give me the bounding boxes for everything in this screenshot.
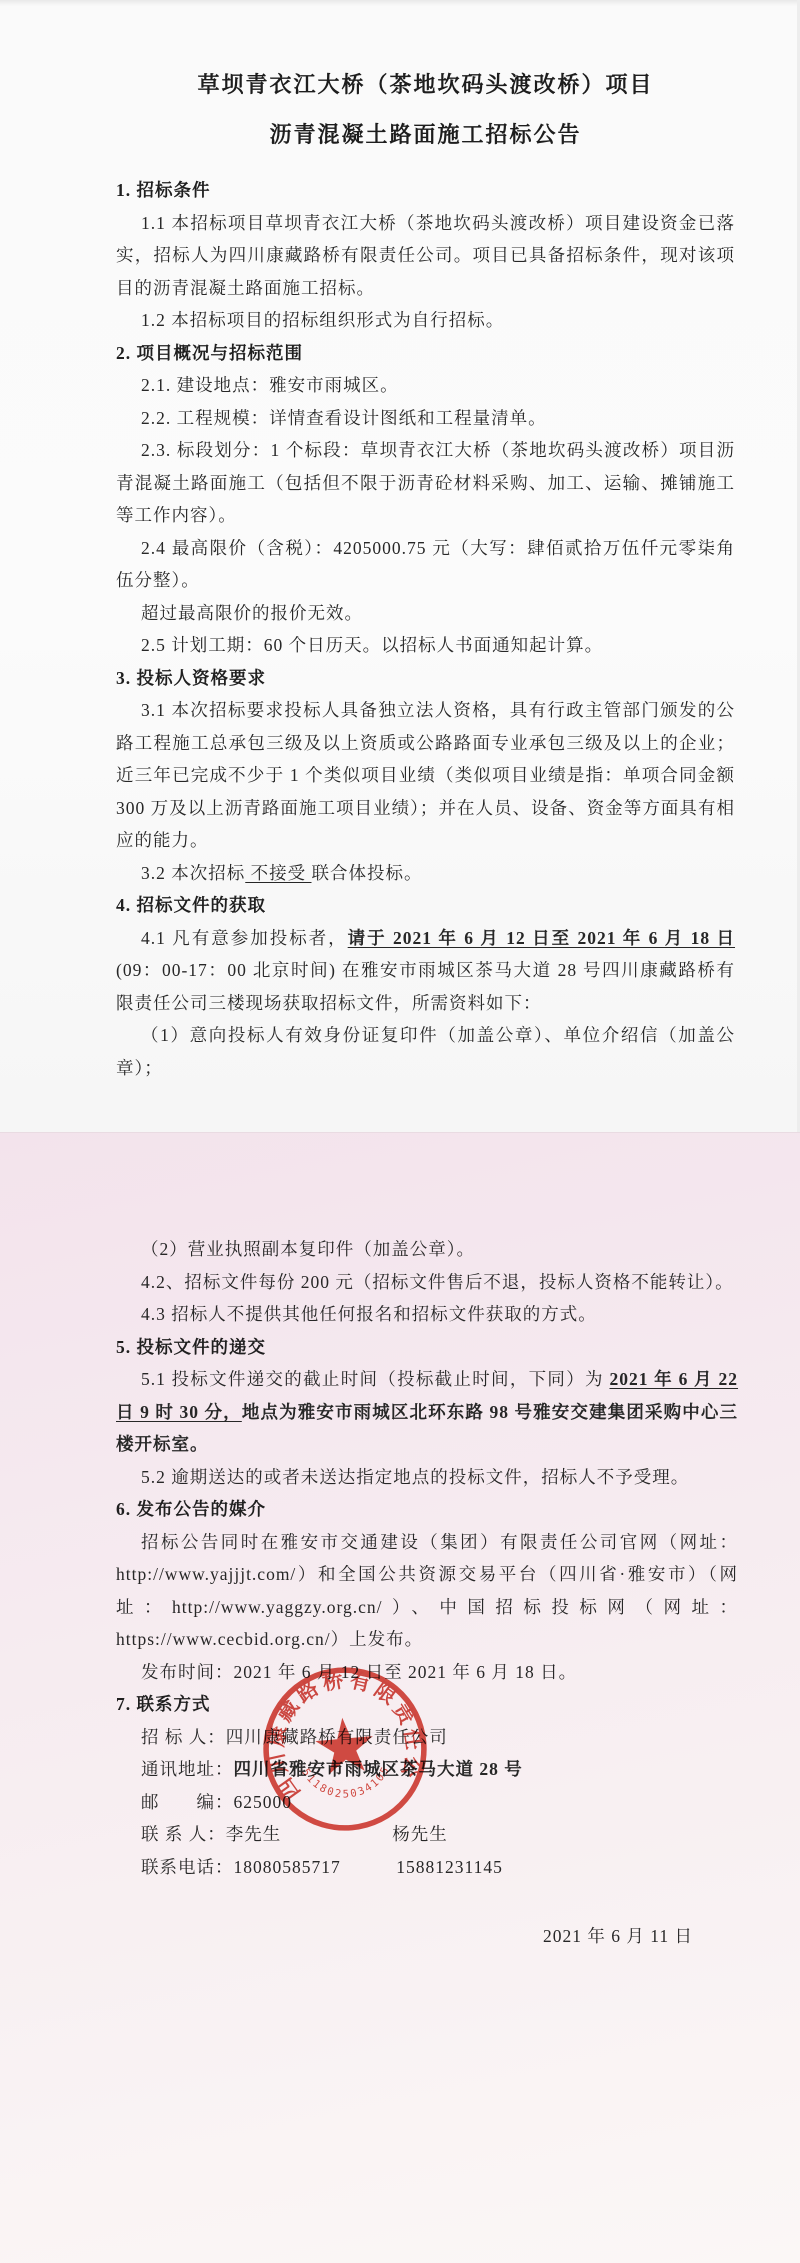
- text-segment: 3.1 本次招标要求投标人具备独立法人资格，具有行政主管部门颁发的公路工程施工总…: [116, 700, 735, 850]
- text-segment: 2.2. 工程规模：详情查看设计图纸和工程量清单。: [141, 408, 547, 428]
- text-segment: 不接受: [245, 863, 311, 883]
- text-segment: 1.1 本招标项目草坝青衣江大桥（茶地坎码头渡改桥）项目建设资金已落实，招标人为…: [116, 213, 735, 298]
- document-date: 2021 年 6 月 11 日: [116, 1923, 738, 1948]
- text-segment: 2.5 计划工期：60 个日历天。以招标人书面通知起计算。: [141, 635, 603, 655]
- text-segment: 超过最高限价的报价无效。: [141, 603, 363, 623]
- text-segment: 2.1. 建设地点：雅安市雨城区。: [141, 375, 399, 395]
- text-segment: 4.1 凡有意参加投标者，: [141, 928, 348, 948]
- seal-star: [314, 1715, 376, 1775]
- paragraph: 4.3 招标人不提供其他任何报名和招标文件获取的方式。: [116, 1298, 738, 1331]
- section-heading: 5. 投标文件的递交: [116, 1331, 738, 1364]
- paragraph: 2.4 最高限价（含税）：4205000.75 元（大写：肆佰贰拾万伍仟元零柒角…: [116, 532, 735, 597]
- paragraph: 3.2 本次招标 不接受 联合体投标。: [116, 857, 735, 890]
- text-segment: 1.2 本招标项目的招标组织形式为自行招标。: [141, 310, 504, 330]
- paragraph: 1.1 本招标项目草坝青衣江大桥（茶地坎码头渡改桥）项目建设资金已落实，招标人为…: [116, 207, 735, 305]
- paragraph: 4.2、招标文件每份 200 元（招标文件售后不退，投标人资格不能转让）。: [116, 1266, 738, 1299]
- paragraph: 联系电话：18080585717 15881231145: [116, 1851, 738, 1884]
- text-segment: 4.3 招标人不提供其他任何报名和招标文件获取的方式。: [141, 1304, 597, 1324]
- text-segment: 5. 投标文件的递交: [116, 1337, 266, 1357]
- paragraph: （1）意向投标人有效身份证复印件（加盖公章）、单位介绍信（加盖公章）；: [116, 1019, 735, 1084]
- text-segment: 4. 招标文件的获取: [116, 895, 266, 915]
- seal-code-text: 5118025034105: [299, 1759, 395, 1805]
- paragraph: 1.2 本招标项目的招标组织形式为自行招标。: [116, 304, 735, 337]
- paragraph: 超过最高限价的报价无效。: [116, 597, 735, 630]
- text-segment: 3.2 本次招标: [141, 863, 245, 883]
- paragraph: 2.2. 工程规模：详情查看设计图纸和工程量清单。: [116, 402, 735, 435]
- text-segment: 2. 项目概况与招标范围: [116, 343, 303, 363]
- section-heading: 3. 投标人资格要求: [116, 662, 735, 695]
- text-segment: 联系电话：18080585717 15881231145: [141, 1857, 503, 1877]
- text-segment: （1）意向投标人有效身份证复印件（加盖公章）、单位介绍信（加盖公章）；: [116, 1025, 735, 1078]
- text-segment: 6. 发布公告的媒介: [116, 1499, 266, 1519]
- paragraph: 5.1 投标文件递交的截止时间（投标截止时间，下同）为 2021 年 6 月 2…: [116, 1363, 738, 1461]
- scanned-document: 草坝青衣江大桥（茶地坎码头渡改桥）项目 沥青混凝土路面施工招标公告 1. 招标条…: [0, 0, 800, 2263]
- text-segment: 5.2 逾期送达的或者未送达指定地点的投标文件，招标人不予受理。: [141, 1467, 689, 1487]
- text-segment: 5.1 投标文件递交的截止时间（投标截止时间，下同）为: [141, 1369, 609, 1389]
- company-seal-stamp: 四川康藏路桥有限责任公司 5118025034105: [250, 1654, 441, 1845]
- section-heading: 4. 招标文件的获取: [116, 889, 735, 922]
- text-segment: (09：00-17：00 北京时间) 在雅安市雨城区茶马大道 28 号四川康藏路…: [116, 960, 735, 1013]
- paragraph: 3.1 本次招标要求投标人具备独立法人资格，具有行政主管部门颁发的公路工程施工总…: [116, 694, 735, 857]
- section-heading: 2. 项目概况与招标范围: [116, 337, 735, 370]
- text-segment: 3. 投标人资格要求: [116, 668, 266, 688]
- text-segment: （2）营业执照副本复印件（加盖公章）。: [141, 1239, 475, 1259]
- text-segment: 4.2、招标文件每份 200 元（招标文件售后不退，投标人资格不能转让）。: [141, 1272, 734, 1292]
- paragraph: 招标公告同时在雅安市交通建设（集团）有限责任公司官网（网址：http://www…: [116, 1526, 738, 1656]
- paragraph: （2）营业执照副本复印件（加盖公章）。: [116, 1233, 738, 1266]
- text-segment: 请于 2021 年 6 月 12 日至 2021 年 6 月 18 日: [348, 928, 735, 948]
- text-segment: 2.3. 标段划分：1 个标段：草坝青衣江大桥（茶地坎码头渡改桥）项目沥青混凝土…: [116, 440, 735, 525]
- section-heading: 1. 招标条件: [116, 174, 735, 207]
- text-segment: 1. 招标条件: [116, 180, 211, 200]
- paragraph: 2.1. 建设地点：雅安市雨城区。: [116, 369, 735, 402]
- paragraph: 5.2 逾期送达的或者未送达指定地点的投标文件，招标人不予受理。: [116, 1461, 738, 1494]
- page-1-paragraphs: 1. 招标条件1.1 本招标项目草坝青衣江大桥（茶地坎码头渡改桥）项目建设资金已…: [116, 174, 735, 1084]
- page-2: （2）营业执照副本复印件（加盖公章）。4.2、招标文件每份 200 元（招标文件…: [0, 1132, 800, 2263]
- document-title-line-2: 沥青混凝土路面施工招标公告: [116, 110, 735, 160]
- paragraph: 4.1 凡有意参加投标者，请于 2021 年 6 月 12 日至 2021 年 …: [116, 922, 735, 1020]
- text-segment: 通讯地址：: [141, 1759, 234, 1779]
- section-heading: 6. 发布公告的媒介: [116, 1493, 738, 1526]
- paragraph: 2.3. 标段划分：1 个标段：草坝青衣江大桥（茶地坎码头渡改桥）项目沥青混凝土…: [116, 434, 735, 532]
- text-segment: 2.4 最高限价（含税）：4205000.75 元（大写：肆佰贰拾万伍仟元零柒角…: [116, 538, 735, 591]
- text-segment: 招标公告同时在雅安市交通建设（集团）有限责任公司官网（网址：http://www…: [116, 1532, 738, 1650]
- document-title-line-1: 草坝青衣江大桥（茶地坎码头渡改桥）项目: [116, 60, 735, 110]
- page-1: 草坝青衣江大桥（茶地坎码头渡改桥）项目 沥青混凝土路面施工招标公告 1. 招标条…: [0, 0, 800, 1132]
- text-segment: 7. 联系方式: [116, 1694, 211, 1714]
- document-title: 草坝青衣江大桥（茶地坎码头渡改桥）项目 沥青混凝土路面施工招标公告: [116, 60, 735, 160]
- paragraph: 2.5 计划工期：60 个日历天。以招标人书面通知起计算。: [116, 629, 735, 662]
- text-segment: 联合体投标。: [312, 863, 423, 883]
